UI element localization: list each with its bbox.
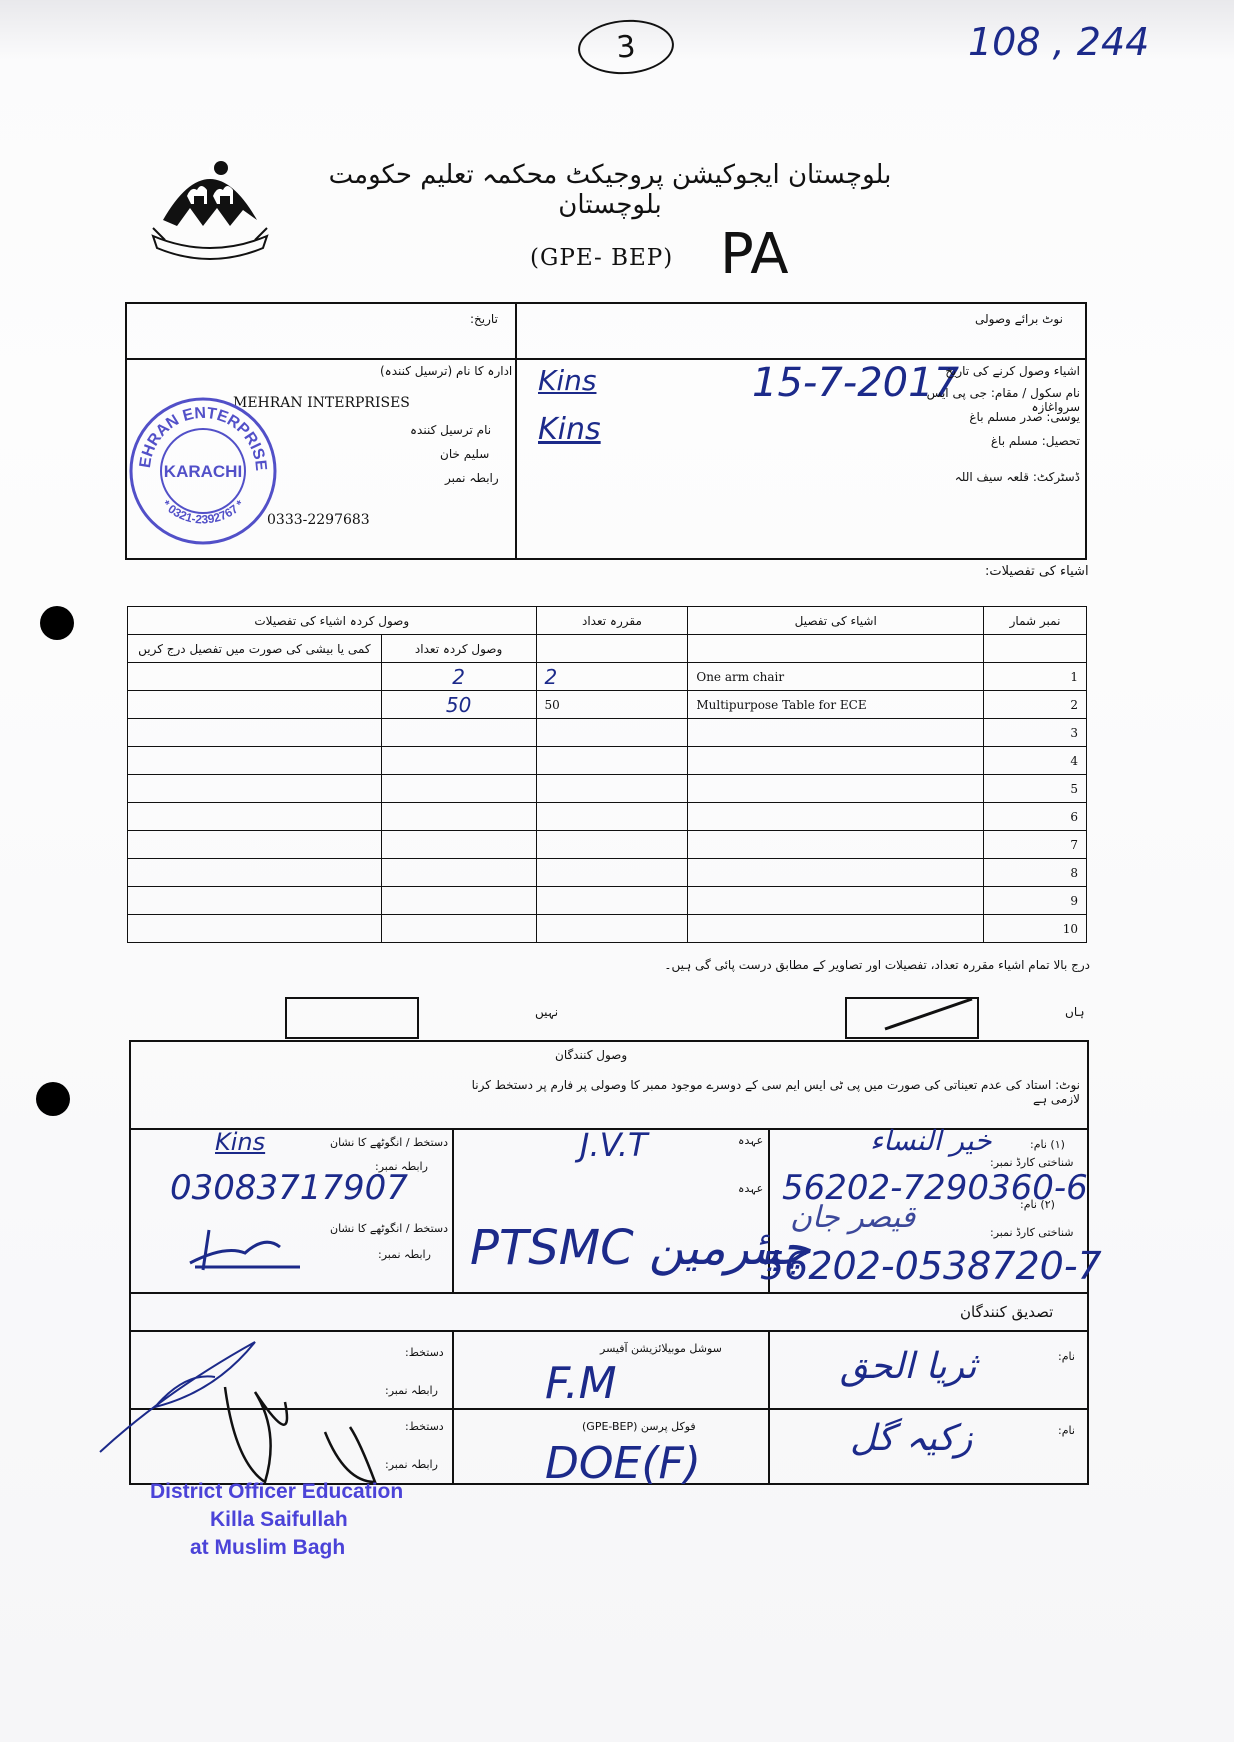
contact2-label: رابطہ نمبر: xyxy=(378,1248,431,1261)
received-qty-cell xyxy=(381,887,536,915)
table-row: 10 xyxy=(128,915,1087,943)
description-cell xyxy=(688,859,984,887)
serial-cell: 2 xyxy=(984,691,1087,719)
description-cell: One arm chair xyxy=(688,663,984,691)
shortage-cell xyxy=(128,887,382,915)
received-qty-cell xyxy=(381,719,536,747)
description-cell xyxy=(688,887,984,915)
page-number-annotation: 3 xyxy=(576,17,676,78)
verifier1-name-label: نام: xyxy=(1058,1350,1075,1363)
punch-hole xyxy=(36,1082,70,1116)
review-mark: PA xyxy=(720,222,789,287)
prescribed-qty-cell xyxy=(536,775,688,803)
yes-label: ہاں xyxy=(1065,1005,1085,1019)
supplier-contact: 0333-2297683 xyxy=(267,512,370,528)
col-header-received-details: وصول کردہ اشیاء کی تفصیلات xyxy=(128,607,537,635)
received-qty-cell xyxy=(381,747,536,775)
svg-text:* 0321-2392767 *: * 0321-2392767 * xyxy=(159,497,247,526)
receipt-date-label: اشیاء وصول کرنے کی تاریخ xyxy=(880,364,1080,378)
table-row: 5 xyxy=(128,775,1087,803)
received-qty-cell: 2 xyxy=(381,663,536,691)
table-row: 4 xyxy=(128,747,1087,775)
items-table: وصول کردہ اشیاء کی تفصیلات مقررہ تعداد ا… xyxy=(127,606,1087,943)
description-cell xyxy=(688,803,984,831)
prescribed-qty-cell xyxy=(536,747,688,775)
table-row: 9 xyxy=(128,887,1087,915)
verifiers-title: تصدیق کنندگان xyxy=(960,1303,1053,1321)
items-section-title: اشیاء کی تفصیلات: xyxy=(985,564,1089,579)
serial-cell: 4 xyxy=(984,747,1087,775)
cnic2-label: شناختی کارڈ نمبر: xyxy=(990,1226,1073,1239)
check-mark-icon xyxy=(847,999,977,1037)
balochistan-emblem-icon xyxy=(145,148,275,263)
description-cell xyxy=(688,719,984,747)
table-row: 5050Multipurpose Table for ECE2 xyxy=(128,691,1087,719)
prescribed-qty-cell: 50 xyxy=(536,691,688,719)
date-label: تاریخ: xyxy=(470,312,498,326)
shortage-cell xyxy=(128,691,382,719)
serial-cell: 1 xyxy=(984,663,1087,691)
serial-cell: 7 xyxy=(984,831,1087,859)
name2-label: (۲) نام: xyxy=(1020,1198,1055,1211)
signature-scribble xyxy=(95,1332,425,1492)
col-header-received-qty: وصول کردہ تعداد xyxy=(381,635,536,663)
prescribed-qty-cell: 2 xyxy=(536,663,688,691)
designation2-value: PTSMC چیئرمین xyxy=(470,1220,811,1276)
confirmation-statement: درج بالا تمام اشیاء مقررہ تعداد، تفصیلات… xyxy=(660,958,1090,972)
table-row: 22One arm chair1 xyxy=(128,663,1087,691)
verifier2-name-value: زکیہ گل xyxy=(850,1418,972,1459)
signature-scribble xyxy=(185,1225,305,1275)
table-row: 7 xyxy=(128,831,1087,859)
designation2-label: عہدہ xyxy=(738,1182,763,1195)
serial-cell: 6 xyxy=(984,803,1087,831)
receivers-note: نوٹ: استاد کی عدم تعیناتی کی صورت میں پی… xyxy=(470,1078,1080,1106)
serial-cell: 5 xyxy=(984,775,1087,803)
serial-cell: 10 xyxy=(984,915,1087,943)
shortage-cell xyxy=(128,859,382,887)
official-stamp-line: at Muslim Bagh xyxy=(150,1534,403,1562)
description-cell xyxy=(688,915,984,943)
svg-text:MEHRAN ENTERPRISES: MEHRAN ENTERPRISES xyxy=(128,396,269,472)
signature: Kins xyxy=(215,1128,265,1156)
serial-cell: 3 xyxy=(984,719,1087,747)
name1-label: (۱) نام: xyxy=(1030,1138,1065,1151)
signature: Kins xyxy=(538,412,601,447)
received-qty-cell: 50 xyxy=(381,691,536,719)
shortage-cell xyxy=(128,719,382,747)
table-row: 8 xyxy=(128,859,1087,887)
program-code: (GPE- BEP) xyxy=(530,245,673,271)
serial-cell: 8 xyxy=(984,859,1087,887)
description-cell xyxy=(688,775,984,803)
table-row: 6 xyxy=(128,803,1087,831)
received-qty-cell xyxy=(381,831,536,859)
col-header-serial: نمبر شمار xyxy=(984,607,1087,635)
verifier1-role-label: سوشل موبیلائزیشن آفیسر xyxy=(600,1342,722,1355)
received-qty-cell xyxy=(381,915,536,943)
official-stamp-line: Killa Saifullah xyxy=(150,1506,403,1534)
shortage-cell xyxy=(128,915,382,943)
uc-label: یوسی: صدر مسلم باغ xyxy=(880,410,1080,424)
designation1-label: عہدہ xyxy=(738,1134,763,1147)
description-cell xyxy=(688,831,984,859)
received-qty-cell xyxy=(381,775,536,803)
shortage-cell xyxy=(128,803,382,831)
description-cell xyxy=(688,747,984,775)
col-header-shortage: کمی یا بیشی کی صورت میں تفصیل درج کریں xyxy=(128,635,382,663)
prescribed-qty-cell xyxy=(536,887,688,915)
tehsil-label: تحصیل: مسلم باغ xyxy=(880,434,1080,448)
prescribed-qty-cell xyxy=(536,803,688,831)
received-qty-cell xyxy=(381,859,536,887)
supplier-stamp: MEHRAN ENTERPRISES * 0321-2392767 * KARA… xyxy=(128,396,278,546)
svg-text:KARACHI: KARACHI xyxy=(164,462,242,481)
no-checkbox[interactable] xyxy=(285,997,419,1039)
prescribed-qty-cell xyxy=(536,831,688,859)
name1-value: خیر النساء xyxy=(870,1124,992,1157)
verifier2-role-label: فوکل پرسن (GPE-BEP) xyxy=(582,1420,696,1433)
col-header-description: اشیاء کی تفصیل xyxy=(688,607,984,635)
verifier1-role-value: F.M xyxy=(545,1358,617,1409)
shortage-cell xyxy=(128,775,382,803)
received-qty-cell xyxy=(381,803,536,831)
verifier2-name-label: نام: xyxy=(1058,1424,1075,1437)
scanned-document-page: 3 108 , 244 بلوچستان ایجوکیشن پروجیکٹ مح… xyxy=(0,0,1234,1742)
supplier-contact-label: رابطہ نمبر xyxy=(445,471,499,485)
receivers-title: وصول کنندگان xyxy=(555,1048,627,1062)
supplier-org-label: ادارہ کا نام (ترسیل کنندہ) xyxy=(380,364,512,378)
verifier1-name-value: ثریا الحق xyxy=(840,1346,977,1387)
shortage-cell xyxy=(128,663,382,691)
verifier2-role-value: DOE(F) xyxy=(545,1438,701,1489)
supplier-person-label: نام ترسیل کنندہ xyxy=(410,423,491,437)
cnic2-value: 56202-0538720-7 xyxy=(760,1244,1102,1288)
sign1-label: دستخط / انگوٹھے کا نشان xyxy=(330,1136,448,1149)
supplier-person-name: سلیم خان xyxy=(440,447,489,461)
shortage-cell xyxy=(128,831,382,859)
designation1-value: J.V.T xyxy=(580,1126,648,1164)
shortage-cell xyxy=(128,747,382,775)
serial-cell: 9 xyxy=(984,887,1087,915)
district-label: ڈسٹرکٹ: قلعہ سیف اللہ xyxy=(880,470,1080,484)
contact1-value: 03083717907 xyxy=(170,1168,408,1208)
prescribed-qty-cell xyxy=(536,859,688,887)
prescribed-qty-cell xyxy=(536,719,688,747)
sign2-label: دستخط / انگوٹھے کا نشان xyxy=(330,1222,448,1235)
description-cell: Multipurpose Table for ECE xyxy=(688,691,984,719)
col-header-prescribed-qty: مقررہ تعداد xyxy=(536,607,688,635)
official-stamp: District Officer Education Killa Saifull… xyxy=(150,1478,403,1562)
document-title: بلوچستان ایجوکیشن پروجیکٹ محکمہ تعلیم حک… xyxy=(320,160,900,220)
no-label: نہیں xyxy=(535,1005,558,1019)
official-stamp-line: District Officer Education xyxy=(150,1478,403,1506)
reference-note: 108 , 244 xyxy=(968,20,1149,64)
table-row: 3 xyxy=(128,719,1087,747)
prescribed-qty-cell xyxy=(536,915,688,943)
punch-hole xyxy=(40,606,74,640)
receipt-note-label: نوٹ برائے وصولی xyxy=(975,312,1063,326)
signature: Kins xyxy=(538,364,596,397)
yes-checkbox[interactable] xyxy=(845,997,979,1039)
